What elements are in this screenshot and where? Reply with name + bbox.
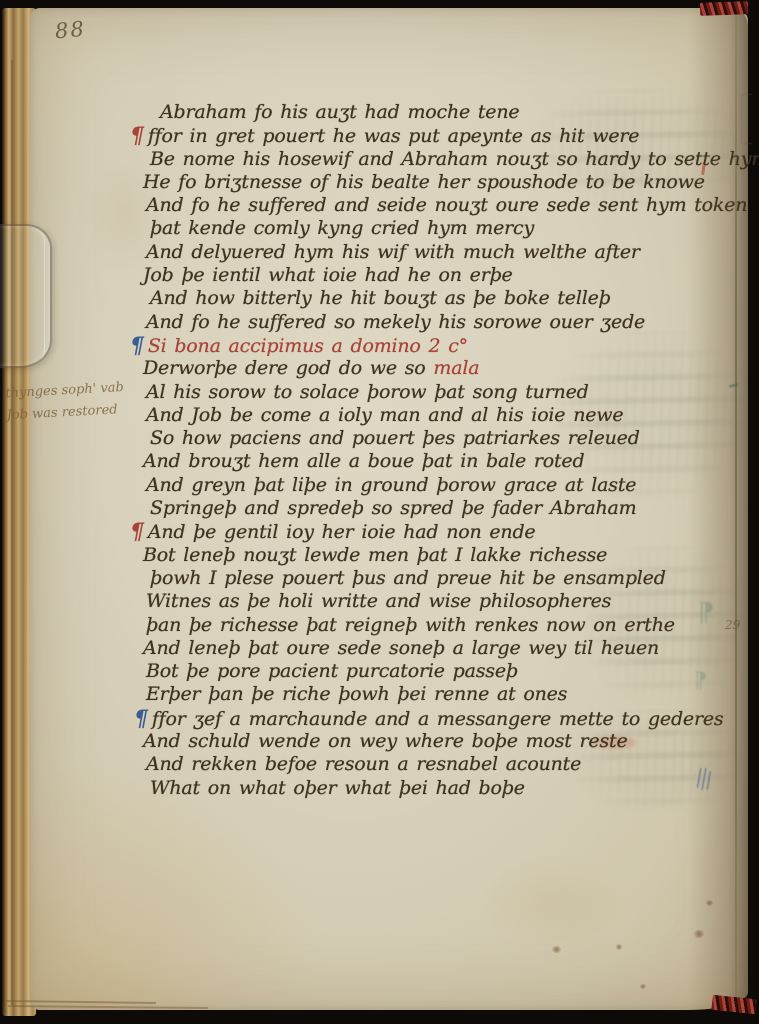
manuscript-line: He fo briʒtnesse of his bealte her spous… [127,171,747,194]
line-text: þat kende comly kyng cried hym mercy [150,217,534,239]
manuscript-line: And Job be come a ioly man and al his io… [130,404,750,427]
line-text: And brouʒt hem alle a boue þat in bale r… [143,450,584,472]
line-text: Witnes as þe holi writte and wise philos… [146,590,611,612]
manuscript-photo: ¶ ¶ 88 thynges soph' vab Job was restore… [0,0,759,1024]
manuscript-line: Bot þe pore pacient purcatorie passeþ [130,660,750,683]
line-text: Al his sorow to solace þorow þat song tu… [146,381,589,403]
manuscript-line: And fo he suffered so mekely his sorowe … [130,311,750,334]
manuscript-line: Be nome his hosewif and Abraham nouʒt so… [134,148,754,171]
line-text: Derworþe dere god do we so [143,357,433,379]
under-page-edge-line [11,60,13,1005]
line-text: And how bitterly he hit bouʒt as þe boke… [150,287,611,309]
manuscript-line: And delyuered hym his wif with much welt… [130,241,750,264]
parchment-stain [480,855,630,950]
line-text: Abraham fo his auʒt had moche tene [160,101,519,123]
manuscript-line: ¶And þe gentil ioy her ioie had non ende [130,520,750,543]
stain-spot [640,984,646,989]
line-text: What on what oþer what þei had boþe [150,777,525,799]
manuscript-line: And how bitterly he hit bouʒt as þe boke… [134,287,754,310]
line-text: And rekken befoe resoun a resnabel acoun… [146,753,581,775]
manuscript-text-block: Abraham fo his auʒt had moche tene¶ffor … [130,101,750,800]
manuscript-line: Bot leneþ nouʒt lewde men þat I lakke ri… [127,544,747,567]
line-text: And delyuered hym his wif with much welt… [146,241,640,263]
manuscript-line: And leneþ þat oure sede soneþ a large we… [127,637,747,660]
line-text: And greyn þat liþe in ground þorow grace… [146,474,636,496]
line-text-rubric: Si bona accipimus a domino 2 c° [148,335,468,357]
manuscript-line: Al his sorow to solace þorow þat song tu… [130,381,750,404]
line-text: Bot þe pore pacient purcatorie passeþ [146,660,518,682]
manuscript-line: Witnes as þe holi writte and wise philos… [130,590,750,613]
line-text: Bot leneþ nouʒt lewde men þat I lakke ri… [143,544,607,566]
manuscript-line: ¶ffor in gret pouert he was put apeynte … [130,124,750,147]
line-text-rubric: mala [433,357,479,379]
line-text: And fo he suffered so mekely his sorowe … [146,311,645,333]
glass-page-weight [0,224,52,368]
manuscript-line: And greyn þat liþe in ground þorow grace… [130,474,750,497]
endband-textile-top [700,1,748,16]
line-text: ffor ʒef a marchaunde and a messangere m… [152,708,724,730]
manuscript-line: ¶Si bona accipimus a domino 2 c° [130,334,750,357]
line-text: And schuld wende on wey where boþe most … [143,730,628,752]
manuscript-line: And fo he suffered and seide nouʒt oure … [130,194,750,217]
line-text: Be nome his hosewif and Abraham nouʒt so… [150,148,759,170]
manuscript-line: So how paciens and pouert þes patriarkes… [134,427,754,450]
manuscript-line: What on what oþer what þei had boþe [134,777,754,800]
fore-edge-shadow [688,8,748,1010]
manuscript-line: þan þe richesse þat reigneþ with renkes … [130,614,750,637]
manuscript-line: Springeþ and spredeþ so spred þe fader A… [134,497,754,520]
line-text: þowh I plese pouert þus and preue hit be… [150,567,666,589]
line-text: Erþer þan þe riche þowh þei renne at one… [146,683,567,705]
line-text: So how paciens and pouert þes patriarkes… [150,427,640,449]
paraph-mark-icon: ¶ [130,333,144,359]
paraph-mark-icon: ¶ [134,706,148,732]
line-text: þan þe richesse þat reigneþ with renkes … [146,614,675,636]
manuscript-line: And rekken befoe resoun a resnabel acoun… [130,753,750,776]
line-text: And Job be come a ioly man and al his io… [146,404,623,426]
line-text: And fo he suffered and seide nouʒt oure … [146,194,747,216]
line-text: Job þe ientil what ioie had he on erþe [143,264,513,286]
endband-textile-bottom [711,995,756,1015]
manuscript-line: Erþer þan þe riche þowh þei renne at one… [130,683,750,706]
manuscript-line: ¶ffor ʒef a marchaunde and a messangere … [134,707,754,730]
paraph-mark-icon: ¶ [130,123,144,149]
manuscript-line: Abraham fo his auʒt had moche tene [130,101,750,124]
manuscript-line: And brouʒt hem alle a boue þat in bale r… [127,450,747,473]
line-text: And þe gentil ioy her ioie had non ende [148,521,536,543]
manuscript-line: Job þe ientil what ioie had he on erþe [127,264,747,287]
line-text: Springeþ and spredeþ so spred þe fader A… [150,497,636,519]
manuscript-line: And schuld wende on wey where boþe most … [127,730,747,753]
stain-spot [616,944,622,950]
stain-spot [552,946,561,953]
line-text: ffor in gret pouert he was put apeynte a… [148,125,640,147]
manuscript-line: þowh I plese pouert þus and preue hit be… [134,567,754,590]
paraph-mark-icon: ¶ [130,519,144,545]
line-text: And leneþ þat oure sede soneþ a large we… [143,637,659,659]
line-text: He fo briʒtnesse of his bealte her spous… [143,171,705,193]
folio-number: 88 [54,17,87,44]
manuscript-line: þat kende comly kyng cried hym mercy [134,217,754,240]
manuscript-line: Derworþe dere god do we so mala [127,357,747,380]
